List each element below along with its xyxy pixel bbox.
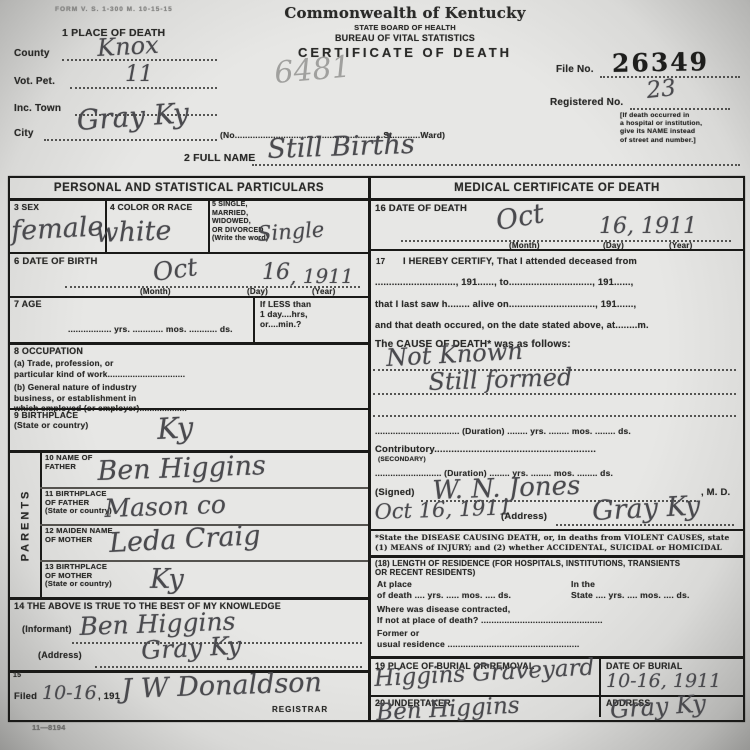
mother-birthplace-label: 13 BIRTHPLACE OF MOTHER (State or countr… (45, 563, 112, 589)
rule (10, 597, 368, 600)
certify-line2: ............................., 191......… (375, 277, 633, 287)
full-name-value: Still Births (267, 129, 415, 165)
dotted-line (70, 87, 217, 89)
vot-pet-value: 11 (125, 62, 153, 87)
residence-at-place: At place of death .... yrs. ..... mos. .… (377, 579, 511, 601)
registered-no-value: 23 (645, 75, 677, 104)
cell-divider (208, 198, 210, 252)
pencil-file-number: 6481 (273, 49, 352, 91)
vot-pet-label: Vot. Pet. (14, 76, 55, 87)
dob-year-value: , 1911 (290, 264, 354, 288)
filed-section-number: 15 (13, 672, 21, 679)
filed-date-value: 10-16 (42, 682, 97, 704)
filed-label: Filed (14, 691, 37, 702)
cause-footnote: *State the DISEASE CAUSING DEATH, or, in… (375, 533, 729, 552)
dod-month-value: Oct (494, 198, 547, 237)
sex-label: 3 SEX (14, 202, 39, 212)
cell-divider (253, 296, 255, 342)
former-residence: Former or usual residence ..............… (377, 628, 580, 649)
registered-no-label: Registered No. (550, 97, 623, 108)
marital-value: Single (256, 217, 325, 246)
rule (371, 249, 743, 251)
father-name-value: Ben Higgins (97, 450, 266, 487)
mother-birthplace-value: Ky (150, 564, 184, 595)
rule (10, 296, 368, 298)
city-value: Gray Ky (76, 96, 190, 137)
rule (371, 555, 743, 558)
cell-divider (599, 695, 601, 717)
rule (10, 342, 368, 345)
certify-section-number: 17 (376, 257, 385, 266)
signed-address-value: Gray Ky (591, 490, 701, 527)
dotted-line (373, 415, 736, 417)
residence-in-state: In the State .... yrs. .... mos. .... ds… (571, 579, 690, 601)
dob-month-value: Oct (151, 252, 199, 287)
mother-name-value: Leda Craig (108, 520, 261, 559)
color-race-value: white (95, 215, 172, 249)
residence-label: (18) LENGTH OF RESIDENCE (FOR HOSPITALS,… (375, 560, 680, 578)
print-code: 11—8194 (32, 723, 66, 732)
age-units-line: ................. yrs. ............ mos.… (68, 324, 233, 334)
birthplace-label: 9 BIRTHPLACE (State or country) (14, 411, 88, 430)
age-label: 7 AGE (14, 299, 42, 309)
dotted-line (95, 666, 362, 668)
file-no-stamp: 26349 (612, 47, 709, 78)
personal-header: PERSONAL AND STATISTICAL PARTICULARS (54, 182, 324, 194)
informant-address-value: Gray Ky (140, 631, 241, 665)
medical-column: MEDICAL CERTIFICATE OF DEATH 16 DATE OF … (371, 178, 743, 720)
disease-contracted-question: Where was disease contracted, If not at … (377, 604, 603, 625)
dotted-line (252, 164, 740, 166)
signed-address-label: (Address) (501, 511, 547, 522)
birthplace-value: Ky (156, 410, 194, 446)
parents-label: PARENTS (19, 488, 31, 561)
duration-line1: ................................. (Durat… (375, 426, 631, 436)
informant-address-label: (Address) (38, 650, 82, 660)
color-race-label: 4 COLOR OR RACE (110, 202, 192, 212)
secondary-label: (SECONDARY) (378, 456, 426, 463)
dod-day-year-value: 16, 1911 (599, 214, 697, 239)
city-label: City (14, 128, 34, 139)
dotted-line (373, 393, 736, 395)
sex-value: female (10, 211, 104, 247)
signed-label: (Signed) (375, 487, 415, 498)
informant-label: (Informant) (22, 624, 72, 634)
dotted-line (630, 108, 730, 110)
filed-year-printed: , 191 (98, 691, 120, 702)
certificate-table: PERSONAL AND STATISTICAL PARTICULARS 3 S… (8, 176, 745, 722)
dod-label: 16 DATE OF DEATH (375, 203, 467, 214)
md-label: , M. D. (701, 487, 730, 498)
dob-day-value: 16 (262, 260, 290, 285)
occupation-a: (a) Trade, profession, or particular kin… (14, 358, 185, 379)
full-name-label: 2 FULL NAME (184, 152, 255, 164)
certify-line3: that I last saw h........ alive on......… (375, 299, 636, 309)
contributory-label: Contributory............................… (375, 444, 596, 455)
personal-header-band: PERSONAL AND STATISTICAL PARTICULARS (10, 178, 368, 201)
certify-line4: and that death occured, on the date stat… (375, 320, 649, 330)
state-board-line: STATE BOARD OF HEALTH (240, 23, 570, 32)
inc-town-label: Inc. Town (14, 103, 61, 114)
county-label: County (14, 48, 50, 59)
father-name-label: 10 NAME OF FATHER (45, 454, 93, 471)
personal-column: PERSONAL AND STATISTICAL PARTICULARS 3 S… (10, 178, 368, 720)
bureau-line: BUREAU OF VITAL STATISTICS (240, 33, 570, 43)
death-certificate-scan: FORM V. S. 1-300 M. 10-15-15 Commonwealt… (0, 0, 750, 750)
dob-label: 6 DATE OF BIRTH (14, 256, 98, 267)
dotted-line (556, 524, 734, 526)
medical-header-band: MEDICAL CERTIFICATE OF DEATH (371, 178, 743, 201)
age-less-than-note: If LESS than 1 day....hrs, or....min.? (260, 299, 311, 329)
header-block: Commonwealth of Kentucky STATE BOARD OF … (240, 4, 570, 60)
county-value: Knox (97, 31, 160, 62)
month-sublabel: (Month) (140, 287, 171, 296)
father-birthplace-value: Mason co (104, 490, 226, 523)
certify-intro: I HEREBY CERTIFY, That I attended deceas… (403, 256, 637, 266)
cause-line2-value: Still formed (428, 363, 573, 396)
rule (371, 529, 743, 531)
registrar-label: REGISTRAR (272, 705, 328, 714)
commonwealth-title: Commonwealth of Kentucky (240, 4, 570, 22)
form-code: FORM V. S. 1-300 M. 10-15-15 (55, 6, 173, 13)
signed-date-value: Oct 16, 1911 (374, 495, 512, 524)
parents-band: PARENTS (10, 452, 42, 597)
registrar-signature: J W Donaldson (121, 667, 323, 705)
dotted-line (44, 139, 217, 141)
year-sublabel: (Year) (312, 287, 335, 296)
mother-name-label: 12 MAIDEN NAME OF MOTHER (45, 527, 113, 544)
day-sublabel: (Day) (247, 287, 268, 296)
cell-divider (599, 656, 601, 695)
undertaker-address-value: Gray Ky (609, 689, 707, 724)
occupation-label: 8 OCCUPATION (14, 346, 83, 356)
medical-header: MEDICAL CERTIFICATE OF DEATH (454, 182, 660, 194)
hospital-note: [If death occurred in a hospital or inst… (620, 112, 740, 145)
file-no-label: File No. (556, 64, 594, 75)
father-birthplace-label: 11 BIRTHPLACE OF FATHER (State or countr… (45, 490, 112, 516)
